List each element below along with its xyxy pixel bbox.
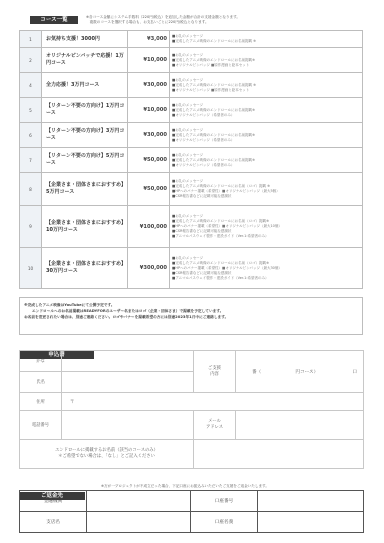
course-number: 2 bbox=[20, 48, 42, 73]
course-price: ¥10,000 bbox=[128, 98, 170, 123]
course-rewards: お礼のメッセージ完成したアニメ映像のエンドロールにお名前掲載※オリジナルピンバッ… bbox=[170, 48, 363, 73]
reward-item: オリジナルピンバッジ（希望者のみ） bbox=[172, 113, 362, 118]
course-row: 10【企業さま・団体さまにおすすめ】30万円コース¥300,000お礼のメッセー… bbox=[20, 248, 363, 289]
postal-mark: 〒 bbox=[70, 400, 74, 405]
account-number-label: 口座番号 bbox=[191, 491, 258, 512]
course-row: 6【リターン不要の方向け】3万円コース¥30,000お礼のメッセージ完成したアニ… bbox=[20, 123, 363, 148]
course-number: 7 bbox=[20, 148, 42, 173]
course-rewards: お礼のメッセージ完成したアニメ映像のエンドロールにお名前（ロゴ）掲載 ※HPへの… bbox=[170, 173, 363, 206]
course-number: 1 bbox=[20, 31, 42, 48]
footnote-3: お名前を変更されたい場合は、別途ご連絡ください。ロゴやバナーを掲載希望の方には別… bbox=[24, 314, 358, 320]
refund-table: 金融機関 口座番号 支店名 口座名義 bbox=[19, 490, 364, 533]
phone-label: 電話番号 bbox=[20, 411, 62, 440]
course-name: 【企業さま・団体さまにおすすめ】5万円コース bbox=[42, 173, 128, 206]
branch-field[interactable] bbox=[87, 512, 191, 533]
course-price: ¥50,000 bbox=[128, 173, 170, 206]
course-rewards: お礼のメッセージ完成したアニメ映像のエンドロールにお名前（ロゴ）掲載※HPへのバ… bbox=[170, 248, 363, 289]
course-name: 【リターン不要の方向け】5万円コース bbox=[42, 148, 128, 173]
course-rewards: お礼のメッセージ完成したアニメ映像のエンドロールにお名前掲載※オリジナルピンバッ… bbox=[170, 148, 363, 173]
course-number-text: 番（ bbox=[252, 369, 261, 375]
course-name: 【企業さま・団体さまにおすすめ】30万円コース bbox=[42, 248, 128, 289]
course-section-header: コース一覧 ※各コース金額にシステム手数料（220円/税込）を追加した金額が合計… bbox=[30, 14, 360, 30]
course-name: オリジナルピンバッチで応援！1万円コース bbox=[42, 48, 128, 73]
email-label: メール アドレス bbox=[194, 411, 236, 440]
course-yen-text: 円コース） bbox=[295, 369, 318, 375]
account-name-label: 口座名義 bbox=[191, 512, 258, 533]
email-field[interactable] bbox=[236, 411, 364, 440]
kana-field[interactable] bbox=[62, 351, 194, 372]
course-number: 5 bbox=[20, 98, 42, 123]
course-row: 1お気持ち支援！3000円¥3,000お礼のメッセージ完成したアニメ映像のエンド… bbox=[20, 31, 363, 48]
name-label: 氏名 bbox=[20, 372, 62, 393]
units-text: 口 bbox=[352, 369, 357, 375]
phone-field[interactable] bbox=[62, 411, 194, 440]
endroll-name-label: エンドロールに掲載するお名前（該当のコースのみ） ＊ご希望でない場合は、「なし」… bbox=[20, 440, 194, 469]
account-name-field[interactable] bbox=[258, 512, 364, 533]
reward-item: オリジナルピンバッジ（希望者のみ） bbox=[172, 138, 362, 143]
course-number: 9 bbox=[20, 206, 42, 248]
reward-item: オリジナルピンバッジ ■原作漫画と絵本セット bbox=[172, 88, 362, 93]
account-number-field[interactable] bbox=[258, 491, 364, 512]
course-row: 9【企業さま・団体さまにおすすめ】10万円コース¥100,000お礼のメッセージ… bbox=[20, 206, 363, 248]
course-number: 4 bbox=[20, 73, 42, 98]
course-row: 5【リターン不要の方向け】1万円コース¥10,000お礼のメッセージ完成したアニ… bbox=[20, 98, 363, 123]
course-name: 全力応援！3万円コース bbox=[42, 73, 128, 98]
course-row: 7【リターン不要の方向け】5万円コース¥50,000お礼のメッセージ完成したアニ… bbox=[20, 148, 363, 173]
course-price: ¥100,000 bbox=[128, 206, 170, 248]
kana-label: かな bbox=[20, 351, 62, 372]
course-name: 【リターン不要の方向け】3万円コース bbox=[42, 123, 128, 148]
course-price: ¥3,000 bbox=[128, 31, 170, 48]
course-rewards: お礼のメッセージ完成したアニメ映像のエンドロールにお名前掲載 ※ bbox=[170, 31, 363, 48]
name-field[interactable] bbox=[62, 372, 194, 393]
support-content-field[interactable]: 番（ 円コース） 口 bbox=[236, 351, 364, 393]
course-number: 8 bbox=[20, 173, 42, 206]
reward-item: オリジナルピンバッジ ■原作漫画と絵本セット bbox=[172, 63, 362, 68]
course-price: ¥30,000 bbox=[128, 73, 170, 98]
reward-item: アニマルパスウェイ製作・建設ガイド（Ver.1:希望者のみ） bbox=[172, 234, 362, 239]
course-rewards: お礼のメッセージ完成したアニメ映像のエンドロールにお名前掲載※オリジナルピンバッ… bbox=[170, 98, 363, 123]
course-rewards: お礼のメッセージ完成したアニメ映像のエンドロールにお名前掲載 ※オリジナルピンバ… bbox=[170, 73, 363, 98]
endroll-name-field[interactable] bbox=[194, 440, 364, 469]
address-label: 住所 bbox=[20, 393, 62, 411]
reward-item: 完成したアニメ映像のエンドロールにお名前掲載 ※ bbox=[172, 39, 362, 44]
course-name: お気持ち支援！3000円 bbox=[42, 31, 128, 48]
course-row: 2オリジナルピンバッチで応援！1万円コース¥10,000お礼のメッセージ完成した… bbox=[20, 48, 363, 73]
support-content-label: ご支援 内容 bbox=[194, 351, 236, 393]
course-rewards: お礼のメッセージ完成したアニメ映像のエンドロールにお名前掲載※オリジナルピンバッ… bbox=[170, 123, 363, 148]
course-row: 8【企業さま・団体さまにおすすめ】5万円コース¥50,000お礼のメッセージ完成… bbox=[20, 173, 363, 206]
address-field[interactable]: 〒 bbox=[62, 393, 364, 411]
course-price: ¥300,000 bbox=[128, 248, 170, 289]
course-row: 4全力応援！3万円コース¥30,000お礼のメッセージ完成したアニメ映像のエンド… bbox=[20, 73, 363, 98]
course-list-title: コース一覧 bbox=[30, 16, 78, 24]
refund-note: ※万が一プロジェクトが不成立だった場合、下記口座にお振込みいただいたご支援をご返… bbox=[101, 484, 269, 489]
course-price: ¥50,000 bbox=[128, 148, 170, 173]
course-number: 10 bbox=[20, 248, 42, 289]
course-price: ¥10,000 bbox=[128, 48, 170, 73]
bank-field[interactable] bbox=[87, 491, 191, 512]
course-price: ¥30,000 bbox=[128, 123, 170, 148]
reward-item: CSR報告書などに記載可能な感謝状 bbox=[172, 194, 362, 199]
reward-item: アニマルパスウェイ製作・建設ガイド（Ver.1:希望者のみ） bbox=[172, 276, 362, 281]
bank-label: 金融機関 bbox=[20, 491, 87, 512]
course-name: 【企業さま・団体さまにおすすめ】10万円コース bbox=[42, 206, 128, 248]
course-table: 1お気持ち支援！3000円¥3,000お礼のメッセージ完成したアニメ映像のエンド… bbox=[19, 30, 363, 289]
course-name: 【リターン不要の方向け】1万円コース bbox=[42, 98, 128, 123]
fee-note: ※各コース金額にシステム手数料（220円/税込）を追加した金額が合計の支援金額と… bbox=[86, 15, 366, 24]
course-number: 6 bbox=[20, 123, 42, 148]
application-form: かな ご支援 内容 番（ 円コース） 口 氏名 住所 〒 電話番号 メール アド… bbox=[19, 350, 364, 469]
footnotes-box: ※完成したアニメ映像はYouTubeにて公開予定です。 エンドロールへのお名前掲… bbox=[19, 297, 363, 335]
branch-label: 支店名 bbox=[20, 512, 87, 533]
course-rewards: お礼のメッセージ完成したアニメ映像のエンドロールにお名前（ロゴ）掲載※HPへのバ… bbox=[170, 206, 363, 248]
reward-item: オリジナルピンバッジ（希望者のみ） bbox=[172, 163, 362, 168]
